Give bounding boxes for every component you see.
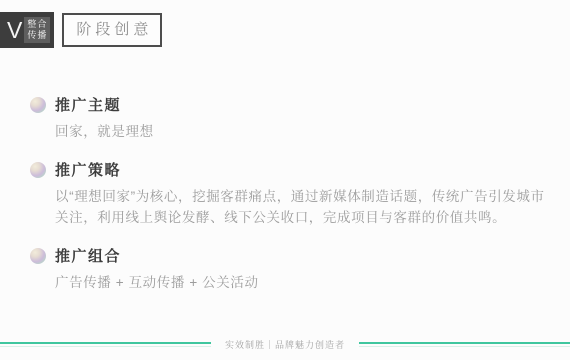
pearl-bullet-icon xyxy=(30,248,46,264)
pearl-bullet-icon xyxy=(30,97,46,113)
pearl-bullet-icon xyxy=(30,162,46,178)
section-promo-theme: 推广主题 回家，就是理想 xyxy=(30,94,546,142)
logo-name-line1: 整合 xyxy=(27,19,47,29)
slide-header: V 整合传播 阶段创意 xyxy=(0,12,162,48)
logo-v-mark: V xyxy=(7,19,21,42)
slide-content: 推广主题 回家，就是理想 推广策略 以“理想回家”为核心，挖掘客群痛点，通过新媒… xyxy=(30,94,546,310)
footer-rule-right xyxy=(359,342,570,347)
section-title: 推广主题 xyxy=(55,94,121,115)
section-title-row: 推广组合 xyxy=(30,245,546,266)
section-promo-mix: 推广组合 广告传播 + 互动传播 + 公关活动 xyxy=(30,245,546,293)
section-title-row: 推广主题 xyxy=(30,94,546,115)
footer-tagline: 实效制胜｜品牌魅力创造者 xyxy=(211,338,359,351)
section-promo-strategy: 推广策略 以“理想回家”为核心，挖掘客群痛点，通过新媒体制造话题，传统广告引发城… xyxy=(30,159,546,228)
section-body: 以“理想回家”为核心，挖掘客群痛点，通过新媒体制造话题，传统广告引发城市关注，利… xyxy=(55,186,546,228)
section-body: 回家，就是理想 xyxy=(55,121,546,142)
section-title-row: 推广策略 xyxy=(30,159,546,180)
section-body: 广告传播 + 互动传播 + 公关活动 xyxy=(55,272,546,293)
stage-title-box: 阶段创意 xyxy=(62,13,162,47)
logo-name: 整合传播 xyxy=(24,17,50,43)
section-title: 推广组合 xyxy=(55,245,121,266)
section-title: 推广策略 xyxy=(55,159,121,180)
company-logo: V 整合传播 xyxy=(0,12,54,48)
slide-footer: 实效制胜｜品牌魅力创造者 xyxy=(0,338,570,351)
footer-rule-left xyxy=(0,342,211,347)
logo-name-line2: 传播 xyxy=(27,30,47,40)
